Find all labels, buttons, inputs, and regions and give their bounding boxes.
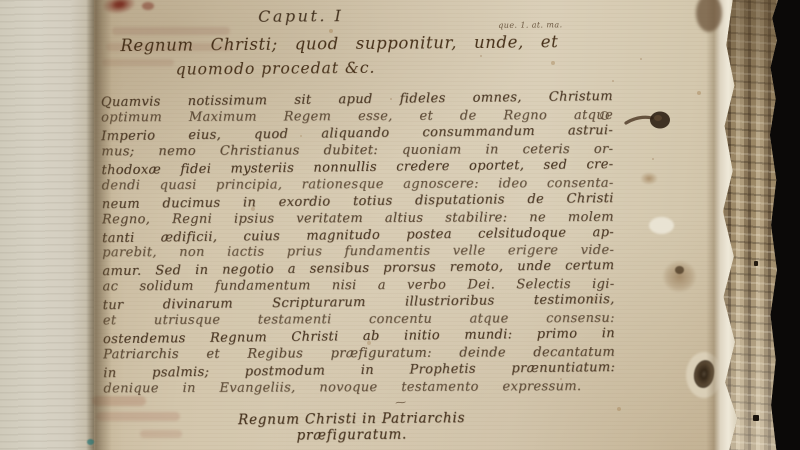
ink-blot-shape xyxy=(624,108,672,134)
facing-blank-page xyxy=(0,0,96,450)
marginal-note: que. 1. at. ma. xyxy=(498,20,562,30)
brown-stain-core xyxy=(675,266,684,274)
flourish-mark: ~ xyxy=(393,397,408,409)
dark-speck xyxy=(753,415,759,421)
brown-stain xyxy=(662,260,697,293)
body-paragraph: Quamvis notissimum sit apud fideles omne… xyxy=(101,90,616,399)
section-heading: Regnum Christi in Patriarchis præfigurat… xyxy=(202,410,502,445)
body-line: denique in Evangeliis, novoque testament… xyxy=(103,379,581,398)
dark-speck xyxy=(754,261,758,266)
ink-blot xyxy=(624,108,672,134)
title-line-2: quomodo procedat &c. xyxy=(156,59,396,79)
foxing-spots xyxy=(94,0,96,2)
white-patch xyxy=(649,217,674,234)
round-stain xyxy=(640,172,658,185)
manuscript-page: Caput. I que. 1. at. ma. Regnum Christi;… xyxy=(94,0,758,450)
handwritten-text: Caput. I que. 1. at. ma. Regnum Christi;… xyxy=(100,0,628,450)
chapter-heading: Caput. I xyxy=(258,6,343,26)
manuscript-photo: Caput. I que. 1. at. ma. Regnum Christi;… xyxy=(0,0,800,450)
title-line-1: Regnum Christi; quod supponitur, unde, e… xyxy=(120,32,558,55)
